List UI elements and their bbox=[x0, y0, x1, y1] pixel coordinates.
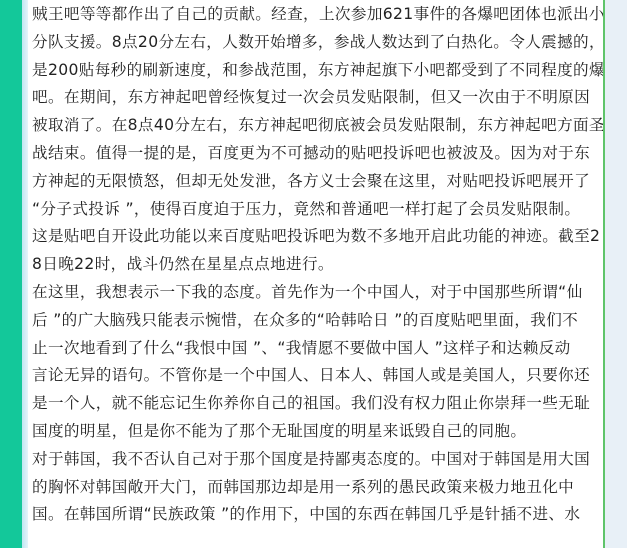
article-line: 对于韩国，我不否认自己对于那个国度是持鄙夷态度的。中国对于韩国是用大国 bbox=[32, 446, 597, 474]
article-line: 方神起的无限愤怒，但却无处发泄，各方义士会聚在这里，对贴吧投诉吧展开了 bbox=[32, 168, 597, 196]
article-line: 分队支援。8点20分左右，人数开始增多，参战人数达到了白热化。令人震撼的， bbox=[32, 29, 597, 57]
article-line: 战结束。值得一提的是，百度更为不可撼动的贴吧投诉吧也被波及。因为对于东 bbox=[32, 140, 597, 168]
article-line: 吧。在期间，东方神起吧曾经恢复过一次会员发贴限制，但又一次由于不明原因 bbox=[32, 84, 597, 112]
article-line: 是一个人，就不能忘记生你养你自己的祖国。我们没有权力阻止你崇拜一些无耻 bbox=[32, 390, 597, 418]
article-line: 后 ”的广大脑残只能表示惋惜，在众多的“哈韩哈日 ”的百度贴吧里面，我们不 bbox=[32, 307, 597, 335]
left-sidebar-bar bbox=[0, 0, 22, 548]
article-content-area: 贼王吧等等都作出了自己的贡献。经查，上次参加621事件的各爆吧团体也派出小 分队… bbox=[28, 0, 603, 548]
article-line: 是200贴每秒的刷新速度，和参战范围，东方神起旗下小吧都受到了不同程度的爆 bbox=[32, 57, 597, 85]
article-line: 国度的明星，但是你不能为了那个无耻国度的明星来诋毁自己的同胞。 bbox=[32, 418, 597, 446]
article-line: 这是贴吧自开设此功能以来百度贴吧投诉吧为数不多地开启此功能的神迹。截至2 bbox=[32, 223, 597, 251]
article-line: 贼王吧等等都作出了自己的贡献。经查，上次参加621事件的各爆吧团体也派出小 bbox=[32, 1, 597, 29]
article-line: 8日晚22时，战斗仍然在星星点点地进行。 bbox=[32, 251, 597, 279]
article-line: “分子式投诉 ”，使得百度迫于压力，竟然和普通吧一样打起了会员发贴限制。 bbox=[32, 196, 597, 224]
article-line: 在这里，我想表示一下我的态度。首先作为一个中国人，对于中国那些所谓“仙 bbox=[32, 279, 597, 307]
article-line: 被取消了。在8点40分左右，东方神起吧彻底被会员发贴限制，东方神起吧方面圣 bbox=[32, 112, 597, 140]
article-line: 的胸怀对韩国敞开大门，而韩国那边却是用一系列的愚民政策来极力地丑化中 bbox=[32, 474, 597, 502]
article-line: 国。在韩国所谓“民族政策 ”的作用下，中国的东西在韩国几乎是针插不进、水 bbox=[32, 501, 597, 529]
article-body: 贼王吧等等都作出了自己的贡献。经查，上次参加621事件的各爆吧团体也派出小 分队… bbox=[32, 1, 597, 529]
article-line: 言论无异的语句。不管你是一个中国人、日本人、韩国人或是美国人，只要你还 bbox=[32, 362, 597, 390]
article-line: 止一次地看到了什么“我恨中国 ”、“我情愿不要做中国人 ”这样子和达赖反动 bbox=[32, 335, 597, 363]
right-side-panel bbox=[605, 0, 627, 548]
